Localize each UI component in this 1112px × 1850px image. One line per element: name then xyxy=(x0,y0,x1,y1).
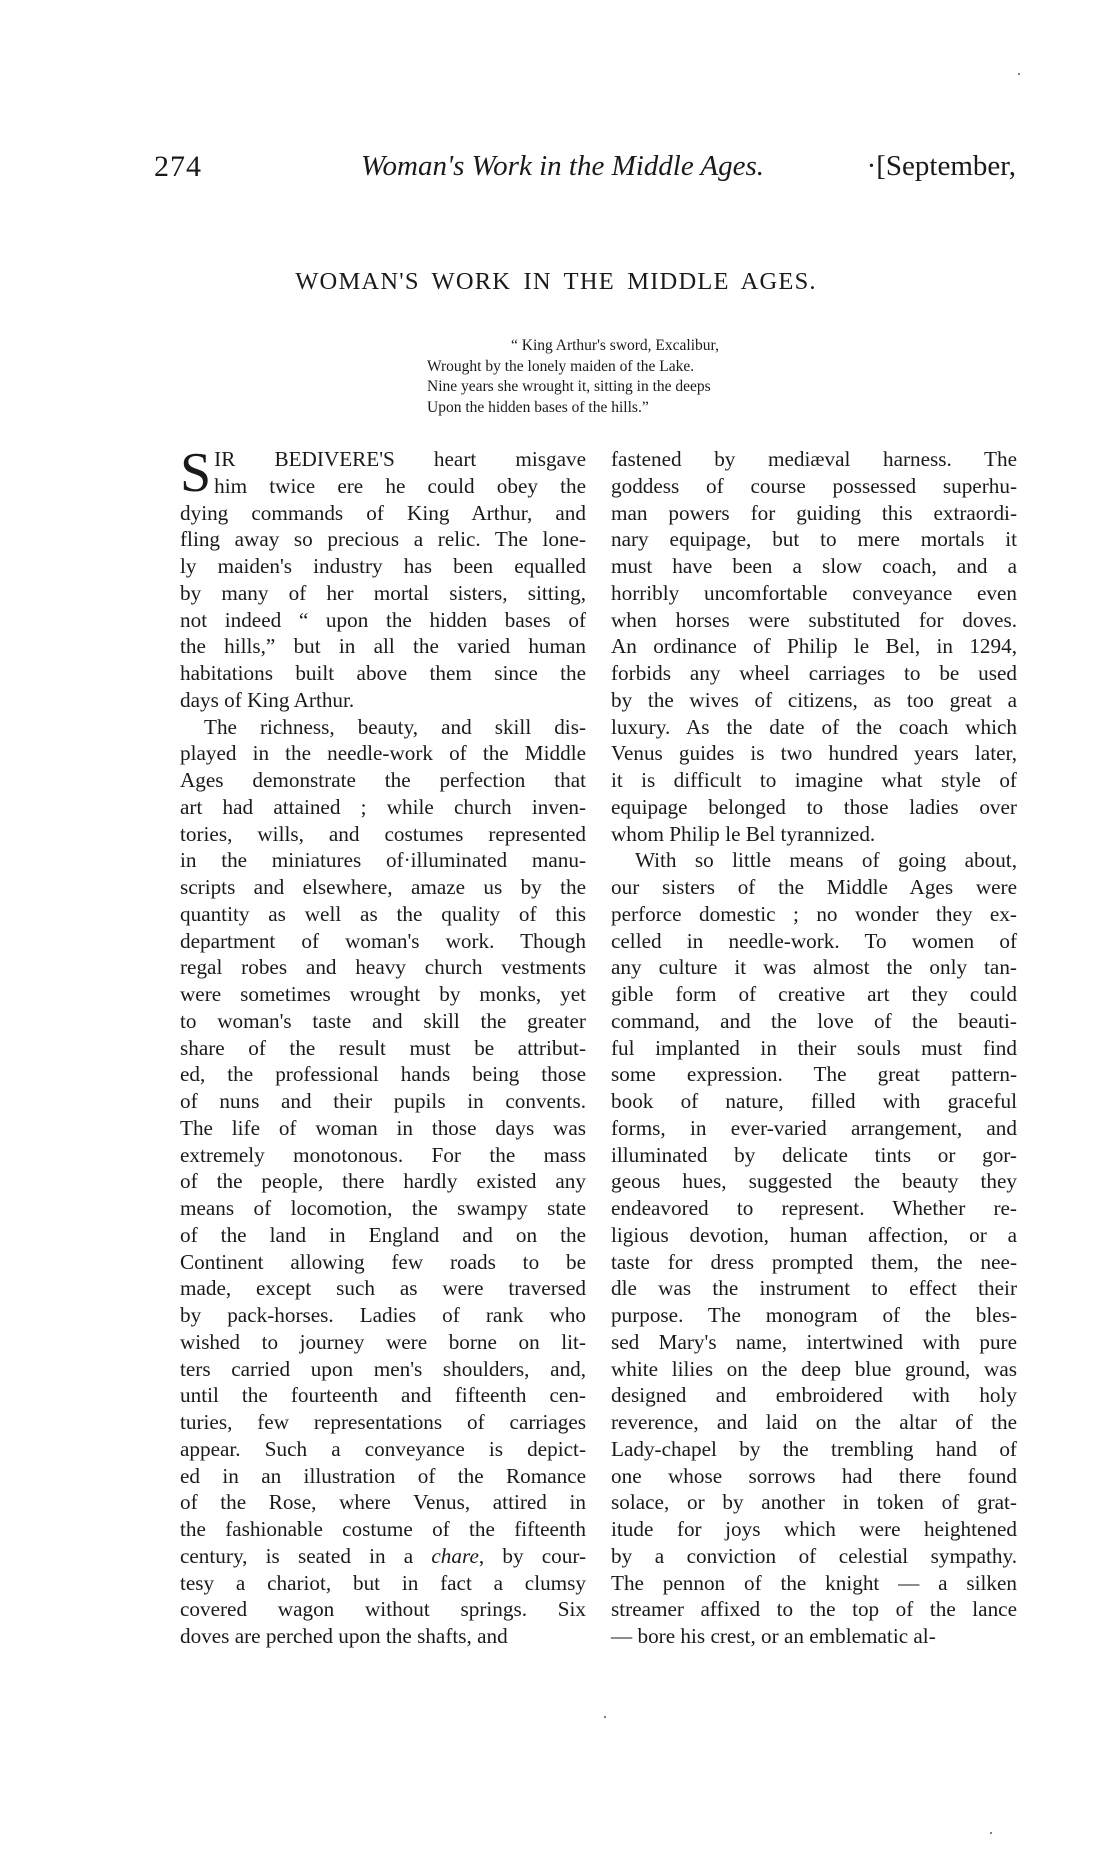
text-line: ful implanted in their souls must find xyxy=(611,1035,1017,1062)
text-line: regal robes and heavy church vestments xyxy=(180,954,586,981)
text-line: goddess of course possessed superhu- xyxy=(611,473,1017,500)
text-line: of the land in England and on the xyxy=(180,1222,586,1249)
text-line: habitations built above them since the xyxy=(180,660,586,687)
epigraph-line: Nine years she wrought it, sitting in th… xyxy=(427,377,719,398)
text-line: whom Philip le Bel tyrannized. xyxy=(611,821,1017,848)
text-line: dle was the instrument to effect their xyxy=(611,1275,1017,1302)
text-line: command, and the love of the beauti- xyxy=(611,1008,1017,1035)
print-speck xyxy=(1018,73,1020,75)
text-line: Continent allowing few roads to be xyxy=(180,1249,586,1276)
text-line: tesy a chariot, but in fact a clumsy xyxy=(180,1570,586,1597)
text-line: century, is seated in a chare, by cour- xyxy=(180,1543,586,1570)
text-line: the hills,” but in all the varied human xyxy=(180,633,586,660)
text-line: taste for dress prompted them, the nee- xyxy=(611,1249,1017,1276)
text-line: by many of her mortal sisters, sitting, xyxy=(180,580,586,607)
text-line: any culture it was almost the only tan- xyxy=(611,954,1017,981)
drop-cap: S xyxy=(180,449,211,499)
text-line: days of King Arthur. xyxy=(180,687,586,714)
article-title: WOMAN'S WORK IN THE MIDDLE AGES. xyxy=(0,268,1112,296)
text-line: white lilies on the deep blue ground, wa… xyxy=(611,1356,1017,1383)
issue-month: ·[September, xyxy=(867,150,1016,183)
text-line: fastened by mediæval harness. The xyxy=(611,446,1017,473)
drop-cap-paragraph-start: SIR BEDIVERE'S heart misgavehim twice er… xyxy=(180,446,586,500)
print-speck xyxy=(990,1832,992,1834)
text-line: appear. Such a conveyance is depict- xyxy=(180,1436,586,1463)
text-line: quantity as well as the quality of this xyxy=(180,901,586,928)
text-line: extremely monotonous. For the mass xyxy=(180,1142,586,1169)
text-line: played in the needle-work of the Middle xyxy=(180,740,586,767)
text-line: ly maiden's industry has been equalled xyxy=(180,553,586,580)
text-line: forbids any wheel carriages to be used xyxy=(611,660,1017,687)
epigraph-line: Upon the hidden bases of the hills.” xyxy=(427,398,719,419)
text-line: book of nature, filled with graceful xyxy=(611,1088,1017,1115)
text-line: gible form of creative art they could xyxy=(611,981,1017,1008)
text-line: purpose. The monogram of the bles- xyxy=(611,1302,1017,1329)
print-speck xyxy=(604,1716,606,1718)
text-line: doves are perched upon the shafts, and xyxy=(180,1623,586,1650)
text-line: itude for joys which were heightened xyxy=(611,1516,1017,1543)
text-line: by pack-horses. Ladies of rank who xyxy=(180,1302,586,1329)
text-line: dying commands of King Arthur, and xyxy=(180,500,586,527)
left-column: SIR BEDIVERE'S heart misgavehim twice er… xyxy=(180,446,586,1650)
text-line: equipage belonged to those ladies over xyxy=(611,794,1017,821)
text-line: our sisters of the Middle Ages were xyxy=(611,874,1017,901)
epigraph-line: Wrought by the lonely maiden of the Lake… xyxy=(427,357,719,378)
text-line: streamer affixed to the top of the lance xyxy=(611,1596,1017,1623)
text-line: luxury. As the date of the coach which xyxy=(611,714,1017,741)
text-line: — bore his crest, or an emblematic al- xyxy=(611,1623,1017,1650)
text-line: by the wives of citizens, as too great a xyxy=(611,687,1017,714)
epigraph-line: “ King Arthur's sword, Excalibur, xyxy=(427,336,719,357)
text-line: share of the result must be attribut- xyxy=(180,1035,586,1062)
text-line: wished to journey were borne on lit- xyxy=(180,1329,586,1356)
text-line: were sometimes wrought by monks, yet xyxy=(180,981,586,1008)
text-line: by a conviction of celestial sympathy. xyxy=(611,1543,1017,1570)
text-line: in the miniatures of·illuminated manu- xyxy=(180,847,586,874)
text-line: scripts and elsewhere, amaze us by the xyxy=(180,874,586,901)
text-line: it is difficult to imagine what style of xyxy=(611,767,1017,794)
text-line: him twice ere he could obey the xyxy=(180,473,586,500)
text-line: covered wagon without springs. Six xyxy=(180,1596,586,1623)
text-line: made, except such as were traversed xyxy=(180,1275,586,1302)
text-line: until the fourteenth and fifteenth cen- xyxy=(180,1382,586,1409)
right-column: fastened by mediæval harness. Thegoddess… xyxy=(611,446,1017,1650)
text-line: IR BEDIVERE'S heart misgave xyxy=(180,446,586,473)
text-line: of the people, there hardly existed any xyxy=(180,1168,586,1195)
text-line: the fashionable costume of the fifteenth xyxy=(180,1516,586,1543)
text-line: means of locomotion, the swampy state xyxy=(180,1195,586,1222)
text-line: With so little means of going about, xyxy=(611,847,1017,874)
text-run: , by cour- xyxy=(479,1544,586,1568)
text-line: department of woman's work. Though xyxy=(180,928,586,955)
text-line: art had attained ; while church inven- xyxy=(180,794,586,821)
text-line: An ordinance of Philip le Bel, in 1294, xyxy=(611,633,1017,660)
text-line: Ages demonstrate the perfection that xyxy=(180,767,586,794)
text-line: celled in needle-work. To women of xyxy=(611,928,1017,955)
text-line: man powers for guiding this extraordi- xyxy=(611,500,1017,527)
text-line: geous hues, suggested the beauty they xyxy=(611,1168,1017,1195)
text-line: The pennon of the knight — a silken xyxy=(611,1570,1017,1597)
text-line: turies, few representations of carriages xyxy=(180,1409,586,1436)
text-line: not indeed “ upon the hidden bases of xyxy=(180,607,586,634)
text-line: of nuns and their pupils in convents. xyxy=(180,1088,586,1115)
text-line: perforce domestic ; no wonder they ex- xyxy=(611,901,1017,928)
text-line: reverence, and laid on the altar of the xyxy=(611,1409,1017,1436)
text-line: Lady-chapel by the trembling hand of xyxy=(611,1436,1017,1463)
text-line: fling away so precious a relic. The lone… xyxy=(180,526,586,553)
text-line: The richness, beauty, and skill dis- xyxy=(180,714,586,741)
text-line: Venus guides is two hundred years later, xyxy=(611,740,1017,767)
text-line: when horses were substituted for doves. xyxy=(611,607,1017,634)
text-line: forms, in ever-varied arrangement, and xyxy=(611,1115,1017,1142)
running-head: 274 Woman's Work in the Middle Ages. ·[S… xyxy=(154,150,1014,190)
text-line: endeavored to represent. Whether re- xyxy=(611,1195,1017,1222)
text-line: nary equipage, but to mere mortals it xyxy=(611,526,1017,553)
text-line: ligious devotion, human affection, or a xyxy=(611,1222,1017,1249)
text-line: must have been a slow coach, and a xyxy=(611,553,1017,580)
text-line: The life of woman in those days was xyxy=(180,1115,586,1142)
text-line: ed in an illustration of the Romance xyxy=(180,1463,586,1490)
text-line: tories, wills, and costumes represented xyxy=(180,821,586,848)
page-number: 274 xyxy=(154,150,202,184)
running-title: Woman's Work in the Middle Ages. xyxy=(361,150,764,183)
italic-word: chare xyxy=(431,1544,478,1568)
text-line: illuminated by delicate tints or gor- xyxy=(611,1142,1017,1169)
epigraph: “ King Arthur's sword, Excalibur, Wrough… xyxy=(427,336,719,418)
text-line: designed and embroidered with holy xyxy=(611,1382,1017,1409)
text-line: of the Rose, where Venus, attired in xyxy=(180,1489,586,1516)
text-line: solace, or by another in token of grat- xyxy=(611,1489,1017,1516)
text-line: horribly uncomfortable conveyance even xyxy=(611,580,1017,607)
text-line: sed Mary's name, intertwined with pure xyxy=(611,1329,1017,1356)
text-run: century, is seated in a xyxy=(180,1544,431,1568)
text-line: to woman's taste and skill the greater xyxy=(180,1008,586,1035)
text-line: one whose sorrows had there found xyxy=(611,1463,1017,1490)
text-line: ed, the professional hands being those xyxy=(180,1061,586,1088)
text-line: some expression. The great pattern- xyxy=(611,1061,1017,1088)
text-line: ters carried upon men's shoulders, and, xyxy=(180,1356,586,1383)
